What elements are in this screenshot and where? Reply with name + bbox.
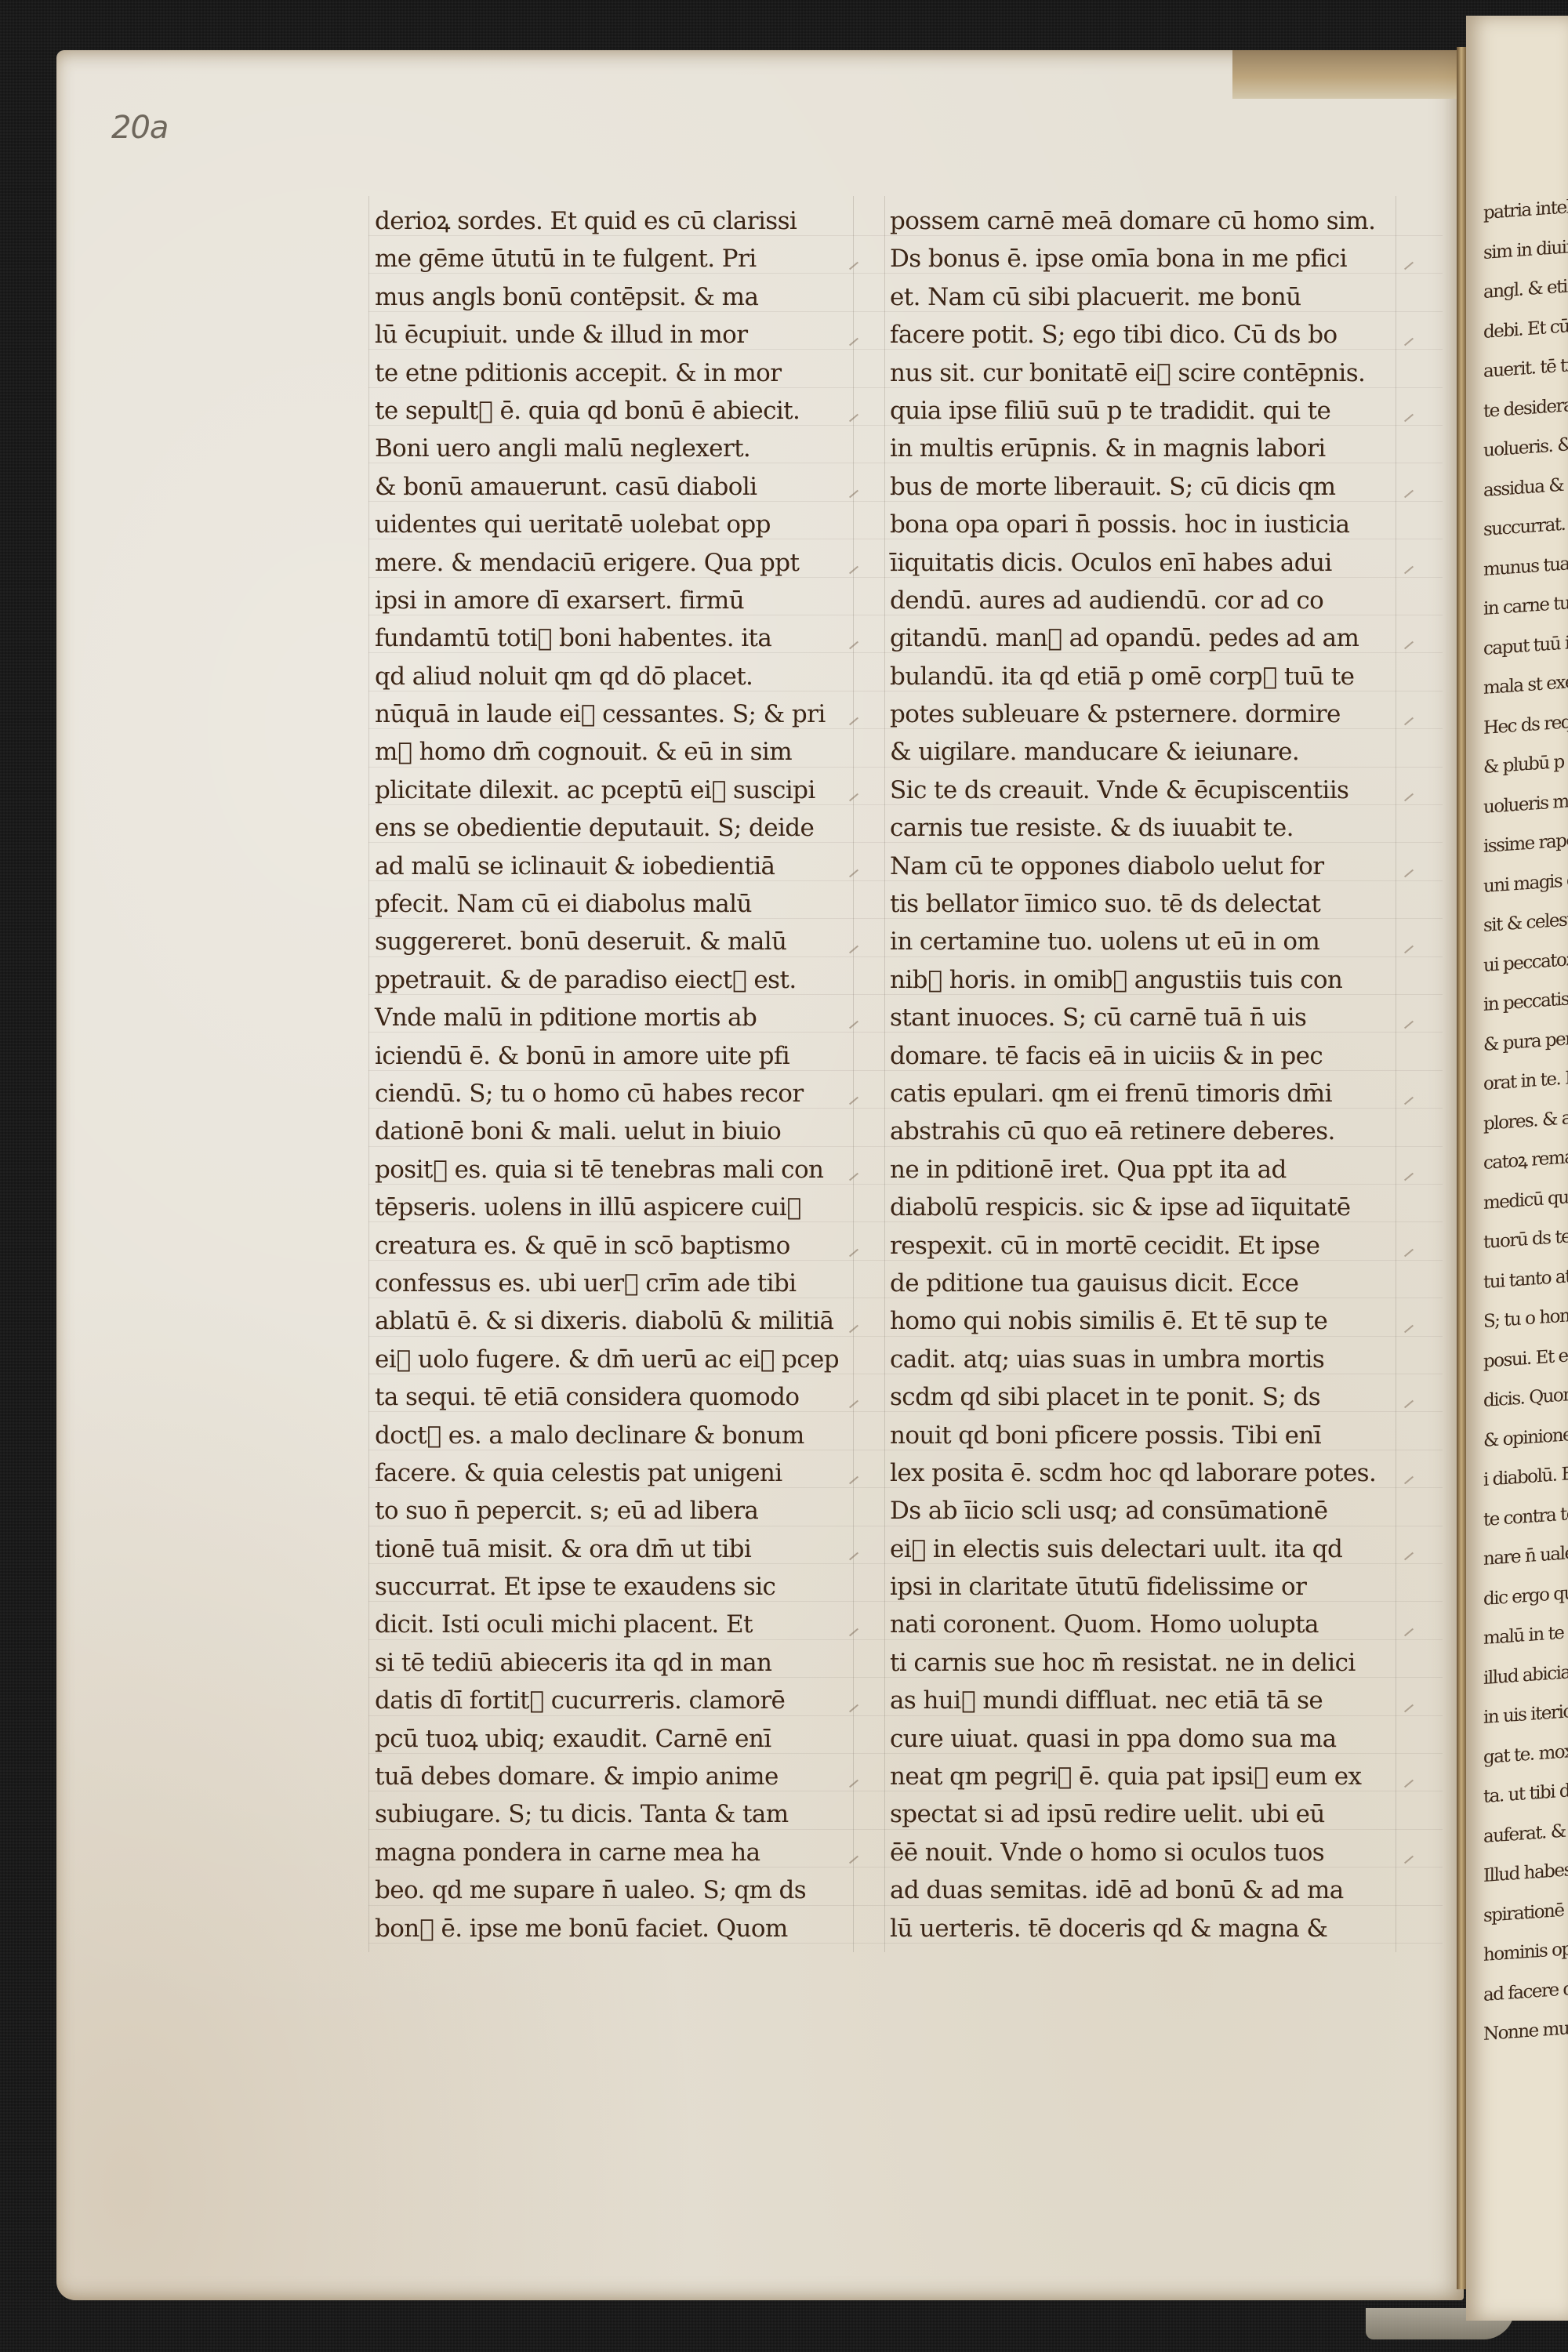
text-line: potes subleuare & psternere. dormire — [890, 695, 1392, 733]
text-line: posit᷒ es. quia si tē tenebras mali con — [375, 1151, 845, 1189]
text-line: cadit. atq; uias suas in umbra mortis — [890, 1341, 1392, 1378]
text-line: ti carnis sue hoc m̄ resistat. ne in del… — [890, 1644, 1392, 1682]
text-line: de pditione tua gauisus dicit. Ecce — [890, 1265, 1392, 1302]
text-line: derioꝝ sordes. Et quid es cū clarissi — [375, 202, 845, 240]
text-line: uidentes qui ueritatē uolebat opp — [375, 506, 845, 543]
text-line: magna pondera in carne mea ha — [375, 1834, 845, 1871]
text-line: catis epulari. qm ei frenū timoris dm̄i — [890, 1075, 1392, 1112]
text-line: Vnde malū in pditione mortis ab — [375, 999, 845, 1036]
text-line: ablatū ē. & si dixeris. diabolū & militi… — [375, 1302, 845, 1340]
text-line: ēē nouit. Vnde o homo si oculos tuos — [890, 1834, 1392, 1871]
text-line: lū ēcupiuit. unde & illud in mor — [375, 316, 845, 354]
ruling-line — [1396, 196, 1396, 1952]
text-column-left: derioꝝ sordes. Et quid es cū clarissime … — [375, 202, 845, 1947]
text-line: creatura es. & quē in scō baptismo — [375, 1227, 845, 1265]
text-line: fundamtū toti᷒ boni habentes. ita — [375, 619, 845, 657]
text-line: neat qm pegri᷒ ē. quia pat ipsi᷒ eum ex — [890, 1758, 1392, 1795]
text-line: datis dī fortit᷒ cucurreris. clamorē — [375, 1682, 845, 1719]
text-line: ens se obedientie deputauit. S; deide — [375, 809, 845, 847]
text-line: dicit. Isti oculi michi placent. Et — [375, 1606, 845, 1643]
text-line: spectat si ad ipsū redire uelit. ubi eū — [890, 1795, 1392, 1833]
text-line: succurrat. Et ipse te exaudens sic — [375, 1568, 845, 1606]
text-line: in multis erūpnis. & in magnis labori — [890, 430, 1392, 467]
text-line: tis bellator īimico suo. tē ds delectat — [890, 885, 1392, 923]
text-line: Boni uero angli malū neglexert. — [375, 430, 845, 467]
text-line: bona opa opari n̄ possis. hoc in iustici… — [890, 506, 1392, 543]
text-line: pcū tuoꝝ ubiq; exaudit. Carnē enī — [375, 1720, 845, 1758]
text-line: quia ipse filiū suū p te tradidit. qui t… — [890, 392, 1392, 430]
text-line: mus angls bonū contēpsit. & ma — [375, 278, 845, 316]
text-line: beo. qd me supare n̄ ualeo. S; qm ds — [375, 1871, 845, 1909]
text-line: & bonū amauerunt. casū diaboli — [375, 468, 845, 506]
text-line: domare. tē facis eā in uiciis & in pec — [890, 1037, 1392, 1075]
text-line: bus de morte liberauit. S; cū dicis qm — [890, 468, 1392, 506]
text-line: dendū. aures ad audiendū. cor ad co — [890, 582, 1392, 619]
text-line: confessus es. ubi uer᷒ crīm ade tibi — [375, 1265, 845, 1302]
text-line: facere. & quia celestis pat unigeni — [375, 1454, 845, 1492]
text-line: ei᷒ in electis suis delectari uult. ita … — [890, 1530, 1392, 1568]
text-line: tuā debes domare. & impio anime — [375, 1758, 845, 1795]
text-line: pfecit. Nam cū ei diabolus malū — [375, 885, 845, 923]
text-line: scdm qd sibi placet in te ponit. S; ds — [890, 1378, 1392, 1416]
text-line: lū uerteris. tē doceris qd & magna & — [890, 1910, 1392, 1947]
text-line: respexit. cū in mortē cecidit. Et ipse — [890, 1227, 1392, 1265]
folio-number: 20a — [111, 110, 168, 146]
text-line: Sic te ds creauit. Vnde & ēcupiscentiis — [890, 771, 1392, 809]
text-line: ta sequi. tē etiā considera quomodo — [375, 1378, 845, 1416]
ruling-line — [884, 196, 885, 1952]
text-line: facere potit. S; ego tibi dico. Cū ds bo — [890, 316, 1392, 354]
text-line: ppetrauit. & de paradiso eiect᷒ est. — [375, 961, 845, 999]
text-column-right: possem carnē meā domare cū homo sim.Ds b… — [890, 202, 1392, 1947]
text-line: cure uiuat. quasi in ppa domo sua ma — [890, 1720, 1392, 1758]
text-line: nati coronent. Quom. Homo uolupta — [890, 1606, 1392, 1643]
text-line: iciendū ē. & bonū in amore uite pfi — [375, 1037, 845, 1075]
ruling-line — [368, 196, 369, 1952]
text-line: nus sit. cur bonitatē ei᷒ scire contēpni… — [890, 354, 1392, 392]
text-line: si tē tediū abieceris ita qd in man — [375, 1644, 845, 1682]
text-line: ne in pditionē iret. Qua ppt ita ad — [890, 1151, 1392, 1189]
text-line: īiquitatis dicis. Oculos enī habes adui — [890, 544, 1392, 582]
text-line: doct᷒ es. a malo declinare & bonum — [375, 1417, 845, 1454]
text-line: & uigilare. manducare & ieiunare. — [890, 733, 1392, 771]
facing-text-line: patria intellige — [1483, 183, 1568, 233]
text-line: te etne pditionis accepit. & in mor — [375, 354, 845, 392]
facing-page-text: patria intelligesim in diuinitaangl. & e… — [1483, 183, 1568, 2054]
text-line: dationē boni & mali. uelut in biuio — [375, 1112, 845, 1150]
text-line: tēpseris. uolens in illū aspicere cui᷒ — [375, 1189, 845, 1226]
text-line: abstrahis cū quo eā retinere deberes. — [890, 1112, 1392, 1150]
facing-page: patria intelligesim in diuinitaangl. & e… — [1466, 16, 1568, 2321]
text-line: to suo n̄ pepercit. s; eū ad libera — [375, 1492, 845, 1530]
text-line: Nam cū te oppones diabolo uelut for — [890, 848, 1392, 885]
text-line: gitandū. man᷒ ad opandū. pedes ad am — [890, 619, 1392, 657]
text-line: ad duas semitas. idē ad bonū & ad ma — [890, 1871, 1392, 1909]
text-line: Ds ab īicio scli usq; ad consūmationē — [890, 1492, 1392, 1530]
text-line: mere. & mendaciū erigere. Qua ppt — [375, 544, 845, 582]
text-line: as hui᷒ mundi diffluat. nec etiā tā se — [890, 1682, 1392, 1719]
text-line: carnis tue resiste. & ds iuuabit te. — [890, 809, 1392, 847]
text-line: qd aliud noluit qm qd dō placet. — [375, 658, 845, 695]
text-line: lex posita ē. scdm hoc qd laborare potes… — [890, 1454, 1392, 1492]
text-line: m᷒ homo dm̄ cognouit. & eū in sim — [375, 733, 845, 771]
text-line: possem carnē meā domare cū homo sim. — [890, 202, 1392, 240]
text-line: in certamine tuo. uolens ut eū in om — [890, 923, 1392, 960]
text-line: nouit qd boni pficere possis. Tibi enī — [890, 1417, 1392, 1454]
text-line: Ds bonus ē. ipse omīa bona in me pfici — [890, 240, 1392, 278]
text-line: me gēme ūtutū in te fulgent. Pri — [375, 240, 845, 278]
text-line: bon᷒ ē. ipse me bonū faciet. Quom — [375, 1910, 845, 1947]
text-line: nib᷒ horis. in omib᷒ angustiis tuis con — [890, 961, 1392, 999]
text-line: plicitate dilexit. ac pceptū ei᷒ suscipi — [375, 771, 845, 809]
text-line: nūquā in laude ei᷒ cessantes. S; & pri — [375, 695, 845, 733]
ruling-line — [853, 196, 854, 1952]
text-line: diabolū respicis. sic & ipse ad īiquitat… — [890, 1189, 1392, 1226]
text-line: ei᷒ uolo fugere. & dm̄ uerū ac ei᷒ pcep — [375, 1341, 845, 1378]
book-gutter — [1457, 47, 1466, 2289]
text-line: homo qui nobis similis ē. Et tē sup te — [890, 1302, 1392, 1340]
text-line: ipsi in claritate ūtutū fidelissime or — [890, 1568, 1392, 1606]
text-line: ipsi in amore dī exarsert. firmū — [375, 582, 845, 619]
text-line: ciendū. S; tu o homo cū habes recor — [375, 1075, 845, 1112]
text-line: te sepult᷒ ē. quia qd bonū ē abiecit. — [375, 392, 845, 430]
text-line: bulandū. ita qd etiā p omē corp᷒ tuū te — [890, 658, 1392, 695]
text-line: subiugare. S; tu dicis. Tanta & tam — [375, 1795, 845, 1833]
text-line: suggereret. bonū deseruit. & malū — [375, 923, 845, 960]
text-line: tionē tuā misit. & ora dm̄ ut tibi — [375, 1530, 845, 1568]
text-line: stant inuoces. S; cū carnē tuā n̄ uis — [890, 999, 1392, 1036]
text-line: et. Nam cū sibi placuerit. me bonū — [890, 278, 1392, 316]
text-line: ad malū se iclinauit & iobedientiā — [375, 848, 845, 885]
